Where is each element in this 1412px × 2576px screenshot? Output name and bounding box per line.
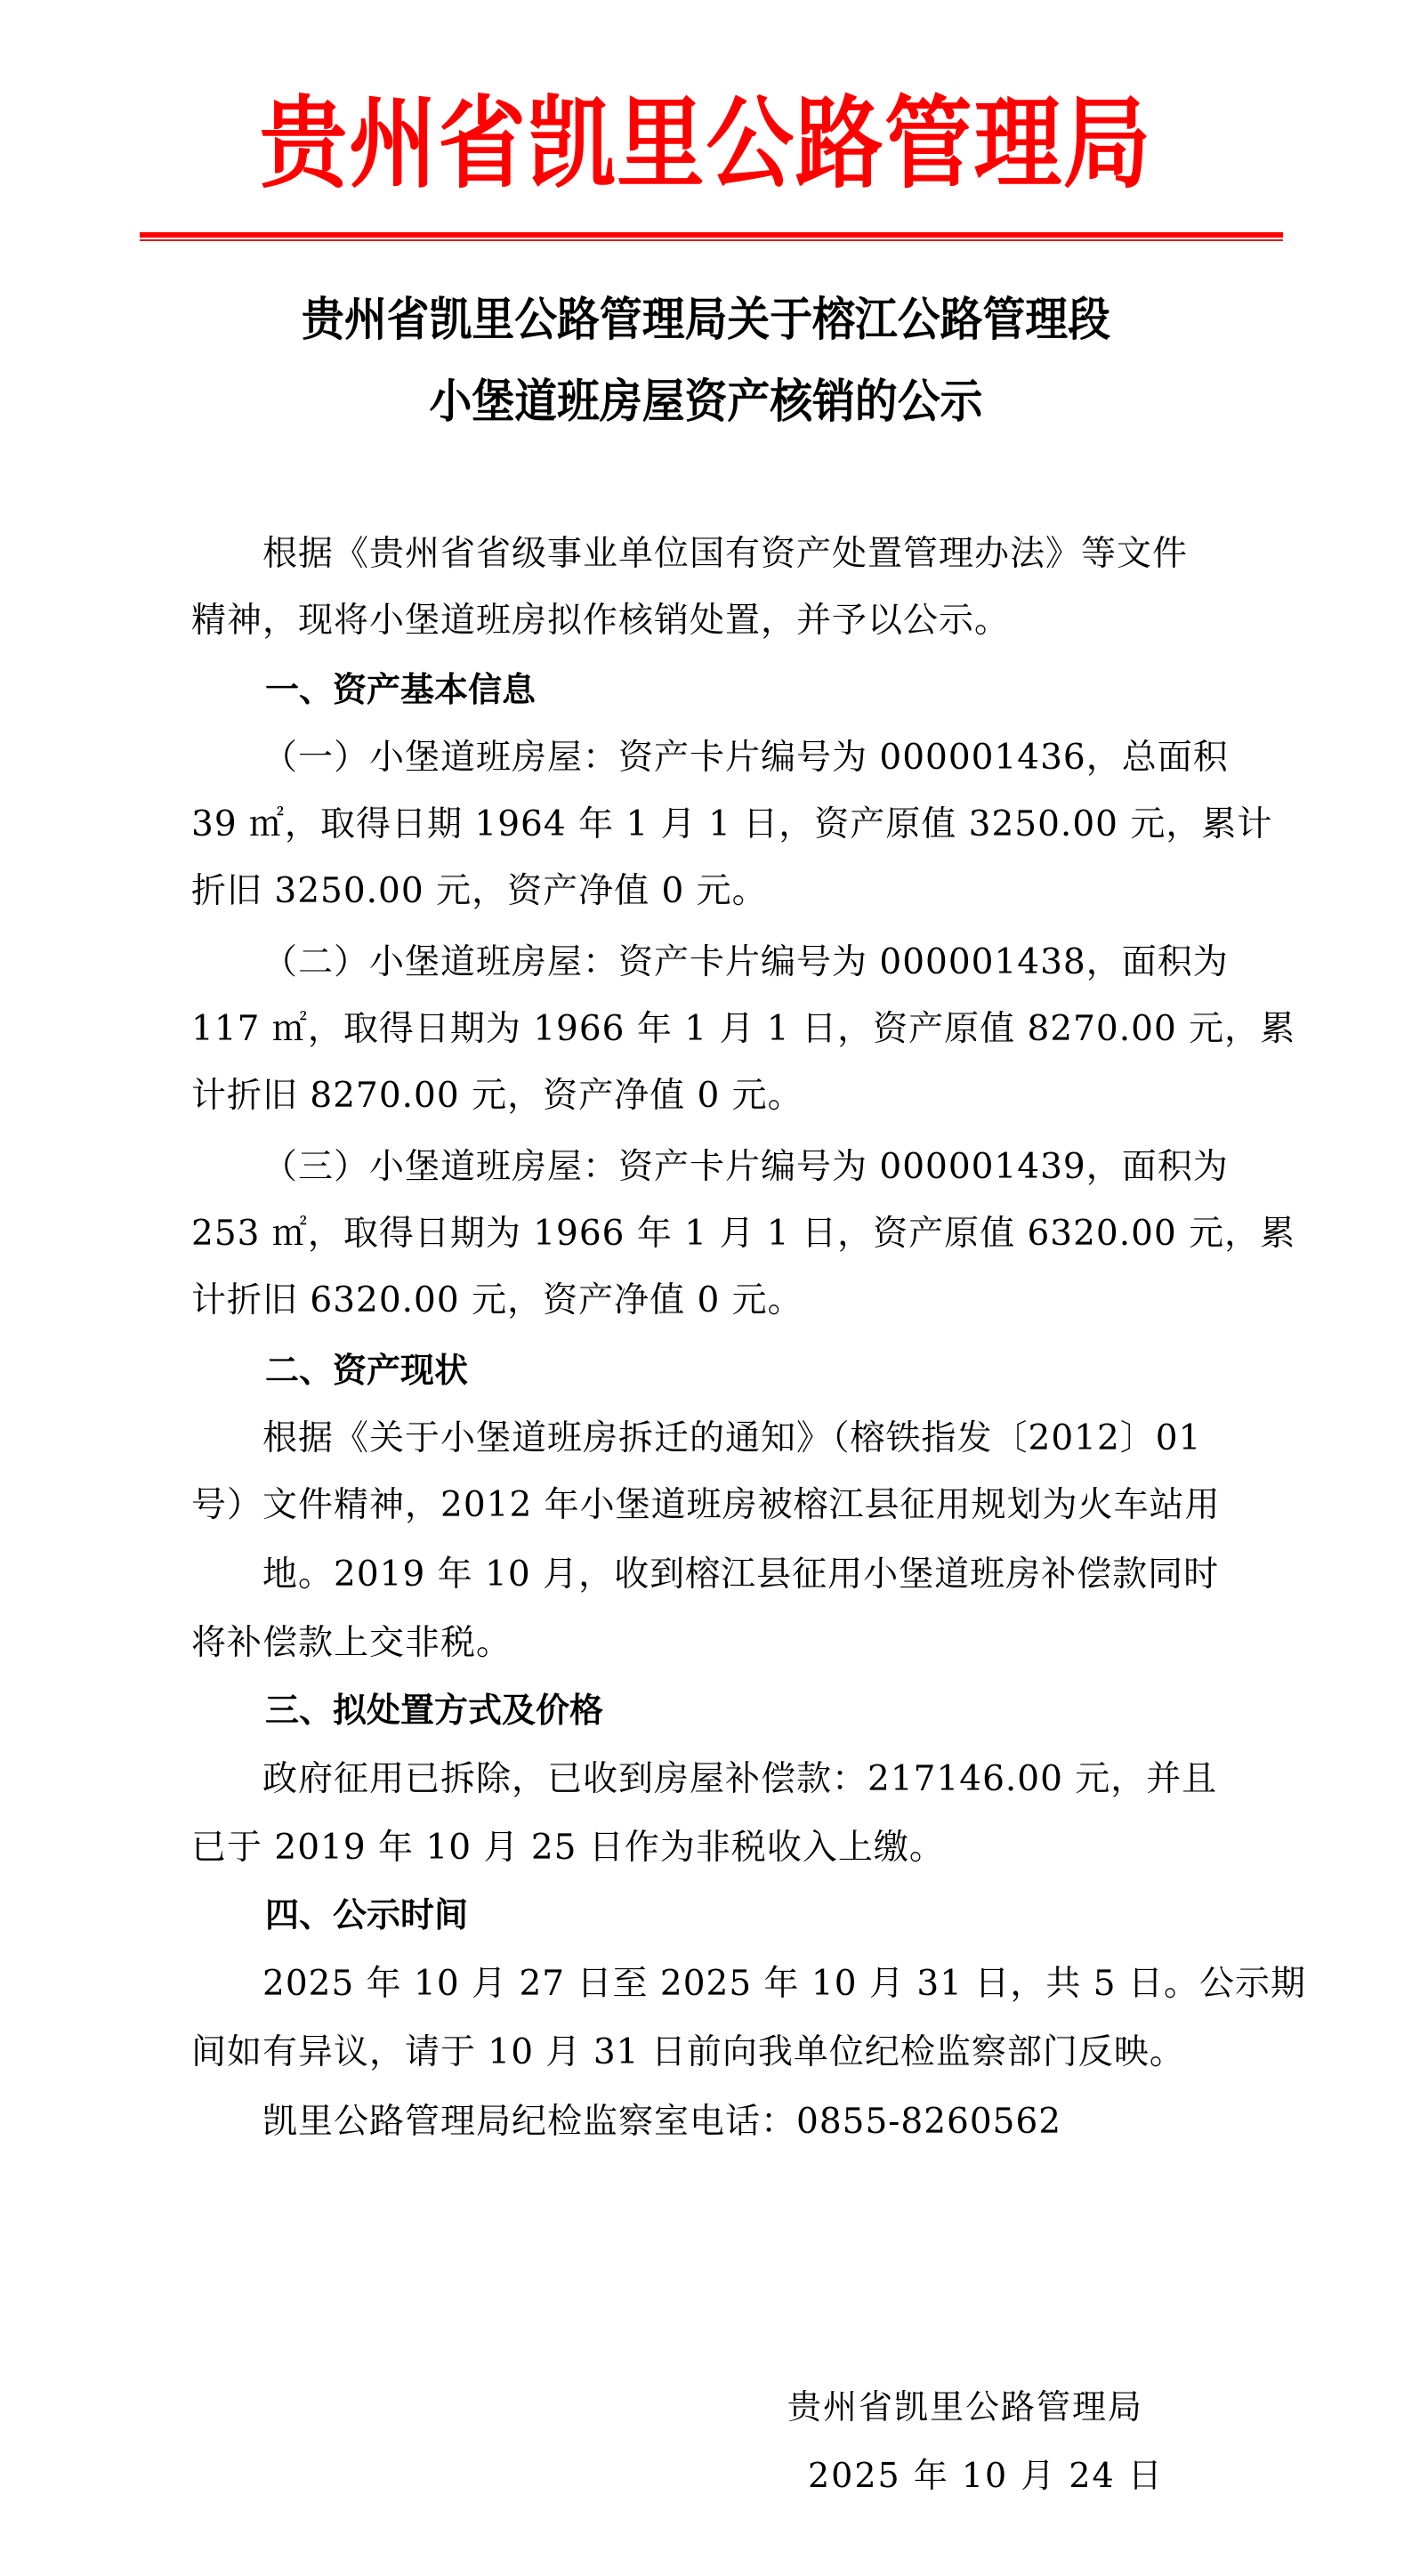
document-title-line-2: 小堡道班房屋资产核销的公示 [56,371,1355,433]
section-heading-asset-info: 一、资产基本信息 [265,667,536,712]
asset-item-3-line: 253 ㎡，取得日期为 1966 年 1 月 1 日，资产原值 6320.00 … [191,1212,1259,1256]
contact-phone-line: 凯里公路管理局纪检监察室电话：0855-8260562 [262,2100,1330,2144]
asset-item-1-line: （一）小堡道班房屋：资产卡片编号为 000001436，总面积 [262,736,1330,780]
notice-period-line: 2025 年 10 月 27 日至 2025 年 10 月 31 日，共 5 日… [262,1962,1330,2007]
asset-item-3-line: （三）小堡道班房屋：资产卡片编号为 000001439，面积为 [262,1145,1330,1190]
asset-item-3-line: 计折旧 6320.00 元，资产净值 0 元。 [191,1279,1259,1323]
notice-period-line: 间如有异议，请于 10 月 31 日前向我单位纪检监察部门反映。 [191,2031,1259,2075]
asset-item-2-line: （二）小堡道班房屋：资产卡片编号为 000001438，面积为 [262,941,1330,985]
asset-item-1-line: 折旧 3250.00 元，资产净值 0 元。 [191,869,1259,914]
asset-item-2-line: 计折旧 8270.00 元，资产净值 0 元。 [191,1074,1259,1118]
disposal-line: 政府征用已拆除，已收到房屋补偿款：217146.00 元，并且 [262,1757,1330,1802]
status-line: 根据《关于小堡道班房拆迁的通知》（榕铁指发〔2012〕01 [262,1417,1330,1461]
section-heading-notice-period: 四、公示时间 [265,1893,468,1937]
masthead-rule-thin [140,239,1283,241]
document-title-line-1: 贵州省凯里公路管理局关于榕江公路管理段 [56,289,1355,351]
status-line: 地。2019 年 10 月，收到榕江县征用小堡道班房补偿款同时 [262,1553,1330,1597]
status-line: 号）文件精神，2012 年小堡道班房被榕江县征用规划为火车站用 [191,1483,1259,1528]
document-title: 贵州省凯里公路管理局关于榕江公路管理段 小堡道班房屋资产核销的公示 [0,289,1412,433]
signature-organization: 贵州省凯里公路管理局 [787,2385,1143,2429]
asset-item-2-line: 117 ㎡，取得日期为 1966 年 1 月 1 日，资产原值 8270.00 … [191,1007,1259,1052]
signature-date: 2025 年 10 月 24 日 [808,2453,1164,2498]
section-heading-disposal: 三、拟处置方式及价格 [265,1688,603,1732]
status-line: 将补偿款上交非税。 [191,1621,1259,1666]
section-heading-asset-status: 二、资产现状 [265,1348,468,1393]
disposal-line: 已于 2019 年 10 月 25 日作为非税收入上缴。 [191,1826,1259,1870]
masthead-title: 贵州省凯里公路管理局 [85,82,1327,206]
intro-line: 根据《贵州省省级事业单位国有资产处置管理办法》等文件 [262,532,1330,577]
asset-item-1-line: 39 ㎡，取得日期 1964 年 1 月 1 日，资产原值 3250.00 元，… [191,803,1259,847]
intro-line: 精神，现将小堡道班房拟作核销处置，并予以公示。 [191,599,1259,643]
masthead-rule-thick [140,232,1283,238]
